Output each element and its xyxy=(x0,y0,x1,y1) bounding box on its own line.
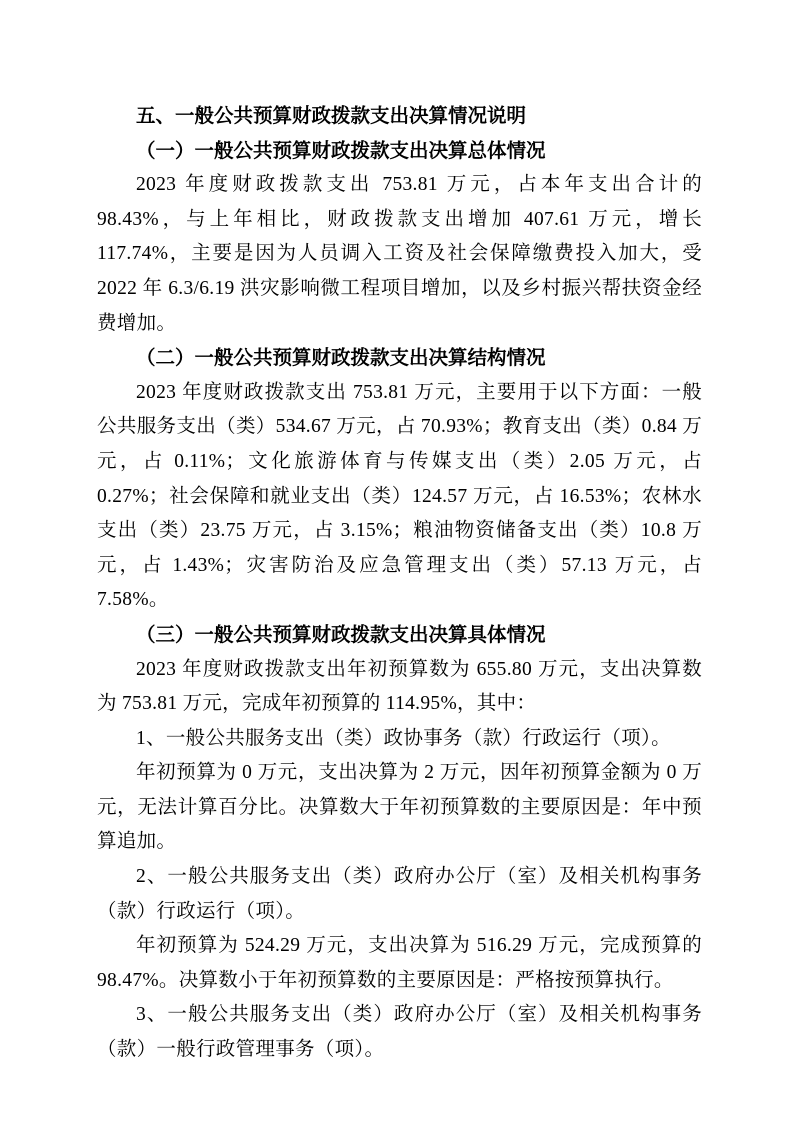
section-heading-5: 五、一般公共预算财政拨款支出决算情况说明 xyxy=(97,99,702,134)
paragraph-item-1-detail: 年初预算为 0 万元，支出决算为 2 万元，因年初预算金额为 0 万元，无法计算… xyxy=(97,756,702,860)
paragraph-structure-situation: 2023 年度财政拨款支出 753.81 万元，主要用于以下方面：一般公共服务支… xyxy=(97,376,702,618)
document-page: 五、一般公共预算财政拨款支出决算情况说明（一）一般公共预算财政拨款支出决算总体情… xyxy=(0,0,793,1122)
paragraph-item-2-detail: 年初预算为 524.29 万元，支出决算为 516.29 万元，完成预算的 98… xyxy=(97,929,702,998)
paragraph-item-2-title: 2、一般公共服务支出（类）政府办公厅（室）及相关机构事务（款）行政运行（项）。 xyxy=(97,860,702,929)
subsection-heading-3: （三）一般公共预算财政拨款支出决算具体情况 xyxy=(97,618,702,653)
paragraph-item-3-title: 3、一般公共服务支出（类）政府办公厅（室）及相关机构事务（款）一般行政管理事务（… xyxy=(97,998,702,1067)
document-content: 五、一般公共预算财政拨款支出决算情况说明（一）一般公共预算财政拨款支出决算总体情… xyxy=(97,99,702,1068)
paragraph-specific-intro: 2023 年度财政拨款支出年初预算数为 655.80 万元，支出决算数为 753… xyxy=(97,653,702,722)
subsection-heading-2: （二）一般公共预算财政拨款支出决算结构情况 xyxy=(97,341,702,376)
paragraph-item-1-title: 1、一般公共服务支出（类）政协事务（款）行政运行（项）。 xyxy=(97,722,702,757)
paragraph-overall-situation: 2023 年度财政拨款支出 753.81 万元，占本年支出合计的 98.43%，… xyxy=(97,168,702,341)
subsection-heading-1: （一）一般公共预算财政拨款支出决算总体情况 xyxy=(97,134,702,169)
